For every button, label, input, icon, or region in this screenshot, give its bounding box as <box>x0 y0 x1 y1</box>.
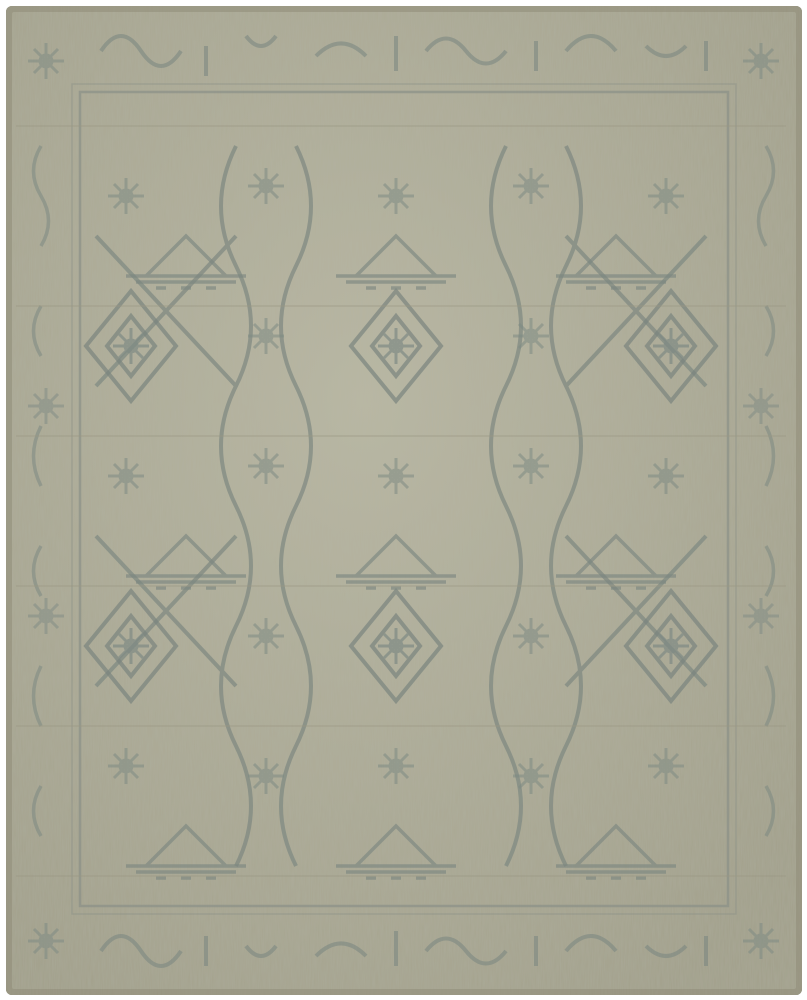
rug <box>6 6 802 995</box>
rug-pattern <box>6 6 802 995</box>
